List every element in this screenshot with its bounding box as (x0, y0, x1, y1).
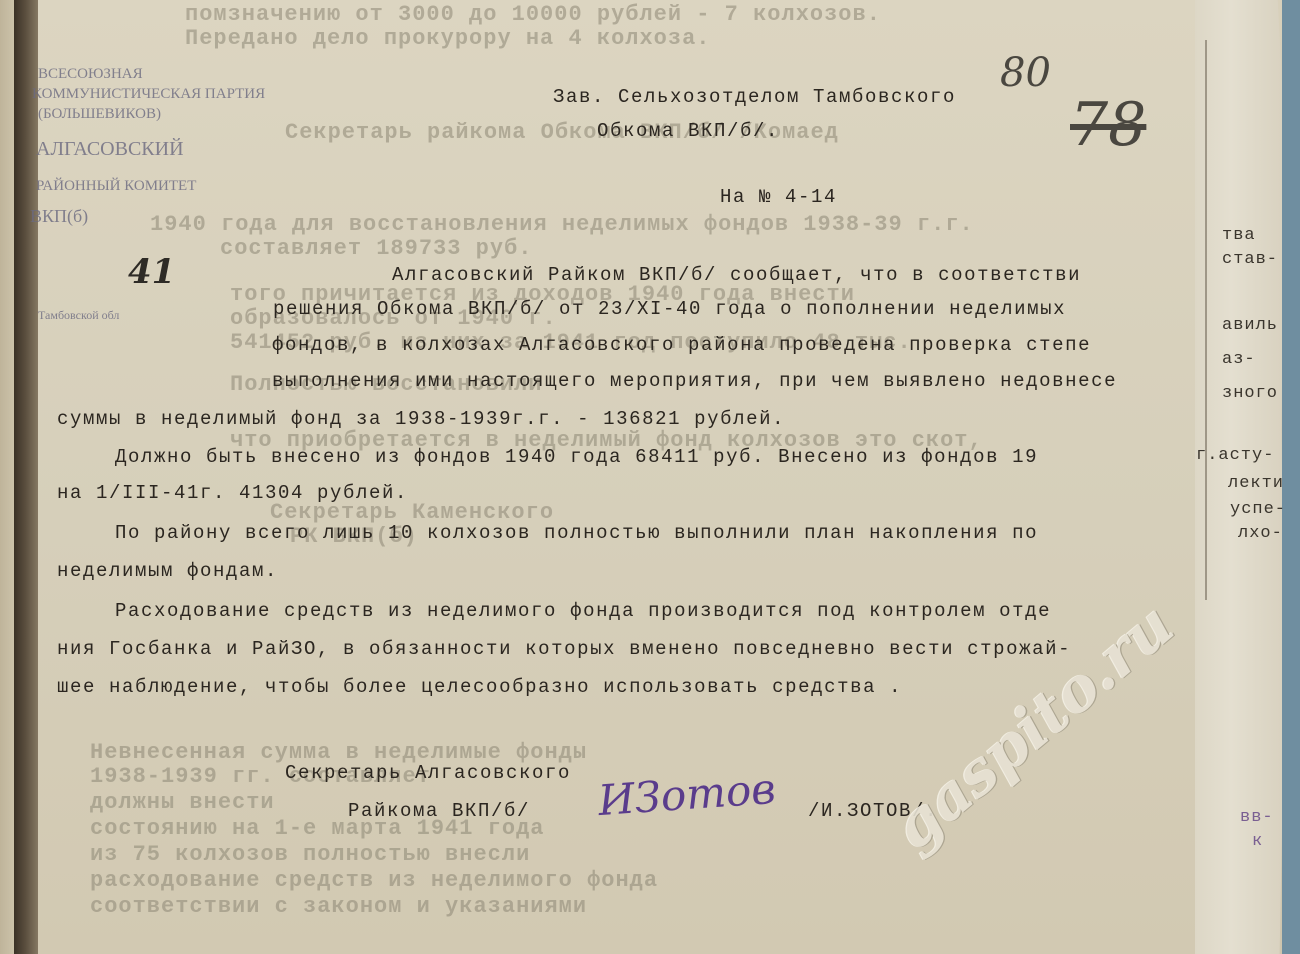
body-line: Алгасовский Райком ВКП/б/ сообщает, что … (392, 264, 1081, 286)
fold-line (1205, 40, 1207, 600)
addressee-line-2: Обкома ВКП/б/. (597, 120, 779, 142)
body-line: фондов, в колхозах Алгасовского района п… (272, 334, 1091, 356)
addressee-line-1: Зав. Сельхозотделом Тамбовского (553, 86, 956, 108)
body-line: Должно быть внесено из фондов 1940 года … (115, 446, 1038, 468)
body-line: решения Обкома ВКП/б/ от 23/XI-40 года о… (273, 298, 1066, 320)
body-line: ния Госбанка и РайЗО, в обязанности кото… (57, 638, 1071, 660)
bleed-text: должны внести (90, 790, 275, 815)
margin-number: 41 (128, 252, 175, 292)
bleed-text: 1940 года для восстановления неделимых ф… (150, 212, 974, 237)
page-number-old: 80 (1000, 50, 1051, 96)
body-line: выполнения ими настоящего мероприятия, п… (272, 370, 1117, 392)
bleed-text: составляет 189733 руб. (220, 236, 532, 261)
page-number-new: 78 (1070, 90, 1146, 160)
bleed-text: помзначению от 3000 до 10000 рублей - 7 … (185, 2, 881, 27)
body-line: Расходование средств из неделимого фонда… (115, 600, 1051, 622)
folder-edge (1282, 0, 1300, 954)
signature-title-1: Секретарь Алгасовского (285, 762, 571, 784)
bleed-text: соответствии с законом и указаниями (90, 894, 587, 919)
bleed-text: из 75 колхозов полностью внесли (90, 842, 530, 867)
bleed-text: Передано дело прокурору на 4 колхоза. (185, 26, 710, 51)
archive-scan: помзначению от 3000 до 10000 рублей - 7 … (0, 0, 1300, 954)
body-line: По району всего лишь 10 колхозов полност… (115, 522, 1038, 544)
signature-title-2: Райкома ВКП/б/ (348, 800, 530, 822)
body-line: суммы в неделимый фонд за 1938-1939г.г. … (57, 408, 785, 430)
body-line: неделимым фондам. (57, 560, 278, 582)
body-line: шее наблюдение, чтобы более целесообразн… (57, 676, 902, 698)
bleed-text: расходование средств из неделимого фонда (90, 868, 658, 893)
reference-number: На № 4-14 (720, 186, 837, 208)
body-line: на 1/III-41г. 41304 рублей. (57, 482, 408, 504)
